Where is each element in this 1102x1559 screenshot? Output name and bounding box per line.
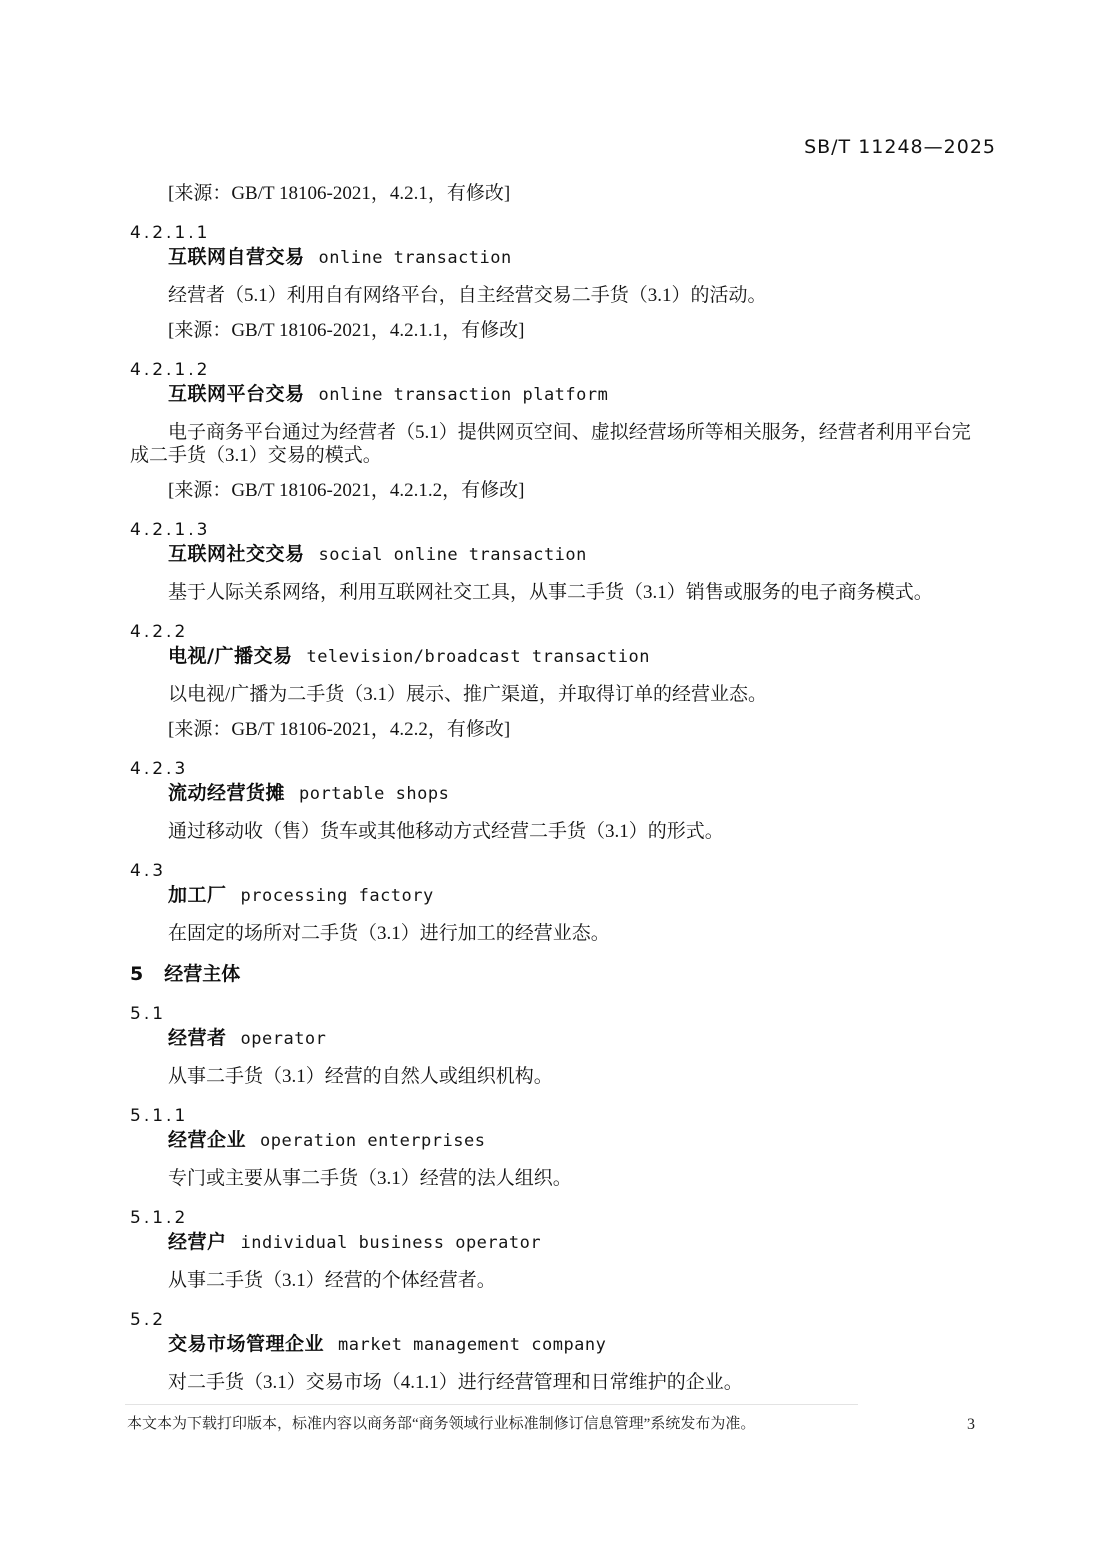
term-line: 经营者 operator (130, 1026, 986, 1052)
term-zh: 互联网社交交易 (168, 543, 305, 565)
term-en: individual business operator (241, 1233, 542, 1253)
term-zh: 互联网自营交易 (168, 246, 305, 268)
source-note: [来源：GB/T 18106-2021，4.2.1.2，有修改] (130, 479, 986, 502)
clause-52: 5.2 交易市场管理企业 market management company 对… (130, 1309, 986, 1394)
term-en: television/broadcast transaction (306, 647, 650, 667)
page-footer: 本文本为下载打印版本，标准内容以商务部“商务领域行业标准制修订信息管理”系统发布… (127, 1413, 975, 1436)
clause-4211: 4.2.1.1 互联网自营交易 online transaction 经营者（5… (130, 222, 986, 342)
clause-number: 4.2.1.2 (130, 359, 986, 381)
term-zh: 互联网平台交易 (168, 383, 305, 405)
definition: 以电视/广播为二手货（3.1）展示、推广渠道，并取得订单的经营业态。 (130, 683, 986, 706)
definition: 从事二手货（3.1）经营的个体经营者。 (130, 1269, 986, 1292)
chapter-heading: 5经营主体 (130, 962, 986, 986)
term-line: 经营企业 operation enterprises (130, 1128, 986, 1154)
term-line: 互联网社交交易 social online transaction (130, 542, 986, 568)
term-en: processing factory (241, 886, 434, 906)
definition: 基于人际关系网络，利用互联网社交工具，从事二手货（3.1）销售或服务的电子商务模… (130, 581, 986, 604)
definition: 专门或主要从事二手货（3.1）经营的法人组织。 (130, 1167, 986, 1190)
clause-number: 4.2.1.1 (130, 222, 986, 244)
term-zh: 经营企业 (168, 1129, 246, 1151)
clause-number: 4.2.1.3 (130, 519, 986, 541)
term-line: 流动经营货摊 portable shops (130, 781, 986, 807)
term-zh: 流动经营货摊 (168, 782, 285, 804)
footer-divider (125, 1404, 858, 1405)
clause-512: 5.1.2 经营户 individual business operator 从… (130, 1207, 986, 1292)
term-zh: 经营户 (168, 1231, 227, 1253)
clause-4213: 4.2.1.3 互联网社交交易 social online transactio… (130, 519, 986, 604)
clause-number: 5.1.2 (130, 1207, 986, 1229)
term-line: 加工厂 processing factory (130, 883, 986, 909)
definition: 电子商务平台通过为经营者（5.1）提供网页空间、虚拟经营场所等相关服务，经营者利… (130, 421, 986, 467)
page-content: [来源：GB/T 18106-2021，4.2.1，有修改] 4.2.1.1 互… (130, 182, 986, 1394)
term-line: 交易市场管理企业 market management company (130, 1332, 986, 1358)
clause-number: 5.1 (130, 1003, 986, 1025)
term-line: 互联网平台交易 online transaction platform (130, 382, 986, 408)
clause-number: 4.3 (130, 860, 986, 882)
term-zh: 电视/广播交易 (168, 645, 292, 667)
source-note: [来源：GB/T 18106-2021，4.2.2，有修改] (130, 718, 986, 741)
clause-number: 5.1.1 (130, 1105, 986, 1127)
chapter-number: 5 (130, 963, 144, 985)
doc-number: SB/T 11248—2025 (804, 136, 996, 158)
definition: 在固定的场所对二手货（3.1）进行加工的经营业态。 (130, 922, 986, 945)
document-page: SB/T 11248—2025 [来源：GB/T 18106-2021，4.2.… (0, 0, 1102, 1559)
clause-number: 4.2.3 (130, 758, 986, 780)
footer-note: 本文本为下载打印版本，标准内容以商务部“商务领域行业标准制修订信息管理”系统发布… (127, 1413, 755, 1435)
definition: 经营者（5.1）利用自有网络平台，自主经营交易二手货（3.1）的活动。 (130, 284, 986, 307)
term-en: online transaction platform (319, 385, 609, 405)
clause-423: 4.2.3 流动经营货摊 portable shops 通过移动收（售）货车或其… (130, 758, 986, 843)
clause-4212: 4.2.1.2 互联网平台交易 online transaction platf… (130, 359, 986, 502)
source-note: [来源：GB/T 18106-2021，4.2.1，有修改] (130, 182, 986, 205)
clause-511: 5.1.1 经营企业 operation enterprises 专门或主要从事… (130, 1105, 986, 1190)
definition: 对二手货（3.1）交易市场（4.1.1）进行经营管理和日常维护的企业。 (130, 1371, 986, 1394)
term-line: 互联网自营交易 online transaction (130, 245, 986, 271)
source-note: [来源：GB/T 18106-2021，4.2.1.1，有修改] (130, 319, 986, 342)
term-en: social online transaction (319, 545, 587, 565)
term-line: 电视/广播交易 television/broadcast transaction (130, 644, 986, 670)
clause-number: 5.2 (130, 1309, 986, 1331)
term-line: 经营户 individual business operator (130, 1230, 986, 1256)
term-en: market management company (338, 1335, 606, 1355)
term-zh: 加工厂 (168, 884, 227, 906)
term-zh: 经营者 (168, 1027, 227, 1049)
page-number: 3 (967, 1413, 975, 1436)
chapter-title: 经营主体 (164, 963, 240, 985)
definition: 从事二手货（3.1）经营的自然人或组织机构。 (130, 1065, 986, 1088)
term-zh: 交易市场管理企业 (168, 1333, 324, 1355)
term-en: operator (241, 1029, 327, 1049)
term-en: portable shops (299, 784, 449, 804)
term-en: online transaction (319, 248, 512, 268)
term-en: operation enterprises (260, 1131, 485, 1151)
clause-422: 4.2.2 电视/广播交易 television/broadcast trans… (130, 621, 986, 741)
clause-43: 4.3 加工厂 processing factory 在固定的场所对二手货（3.… (130, 860, 986, 945)
definition: 通过移动收（售）货车或其他移动方式经营二手货（3.1）的形式。 (130, 820, 986, 843)
clause-number: 4.2.2 (130, 621, 986, 643)
clause-51: 5.1 经营者 operator 从事二手货（3.1）经营的自然人或组织机构。 (130, 1003, 986, 1088)
